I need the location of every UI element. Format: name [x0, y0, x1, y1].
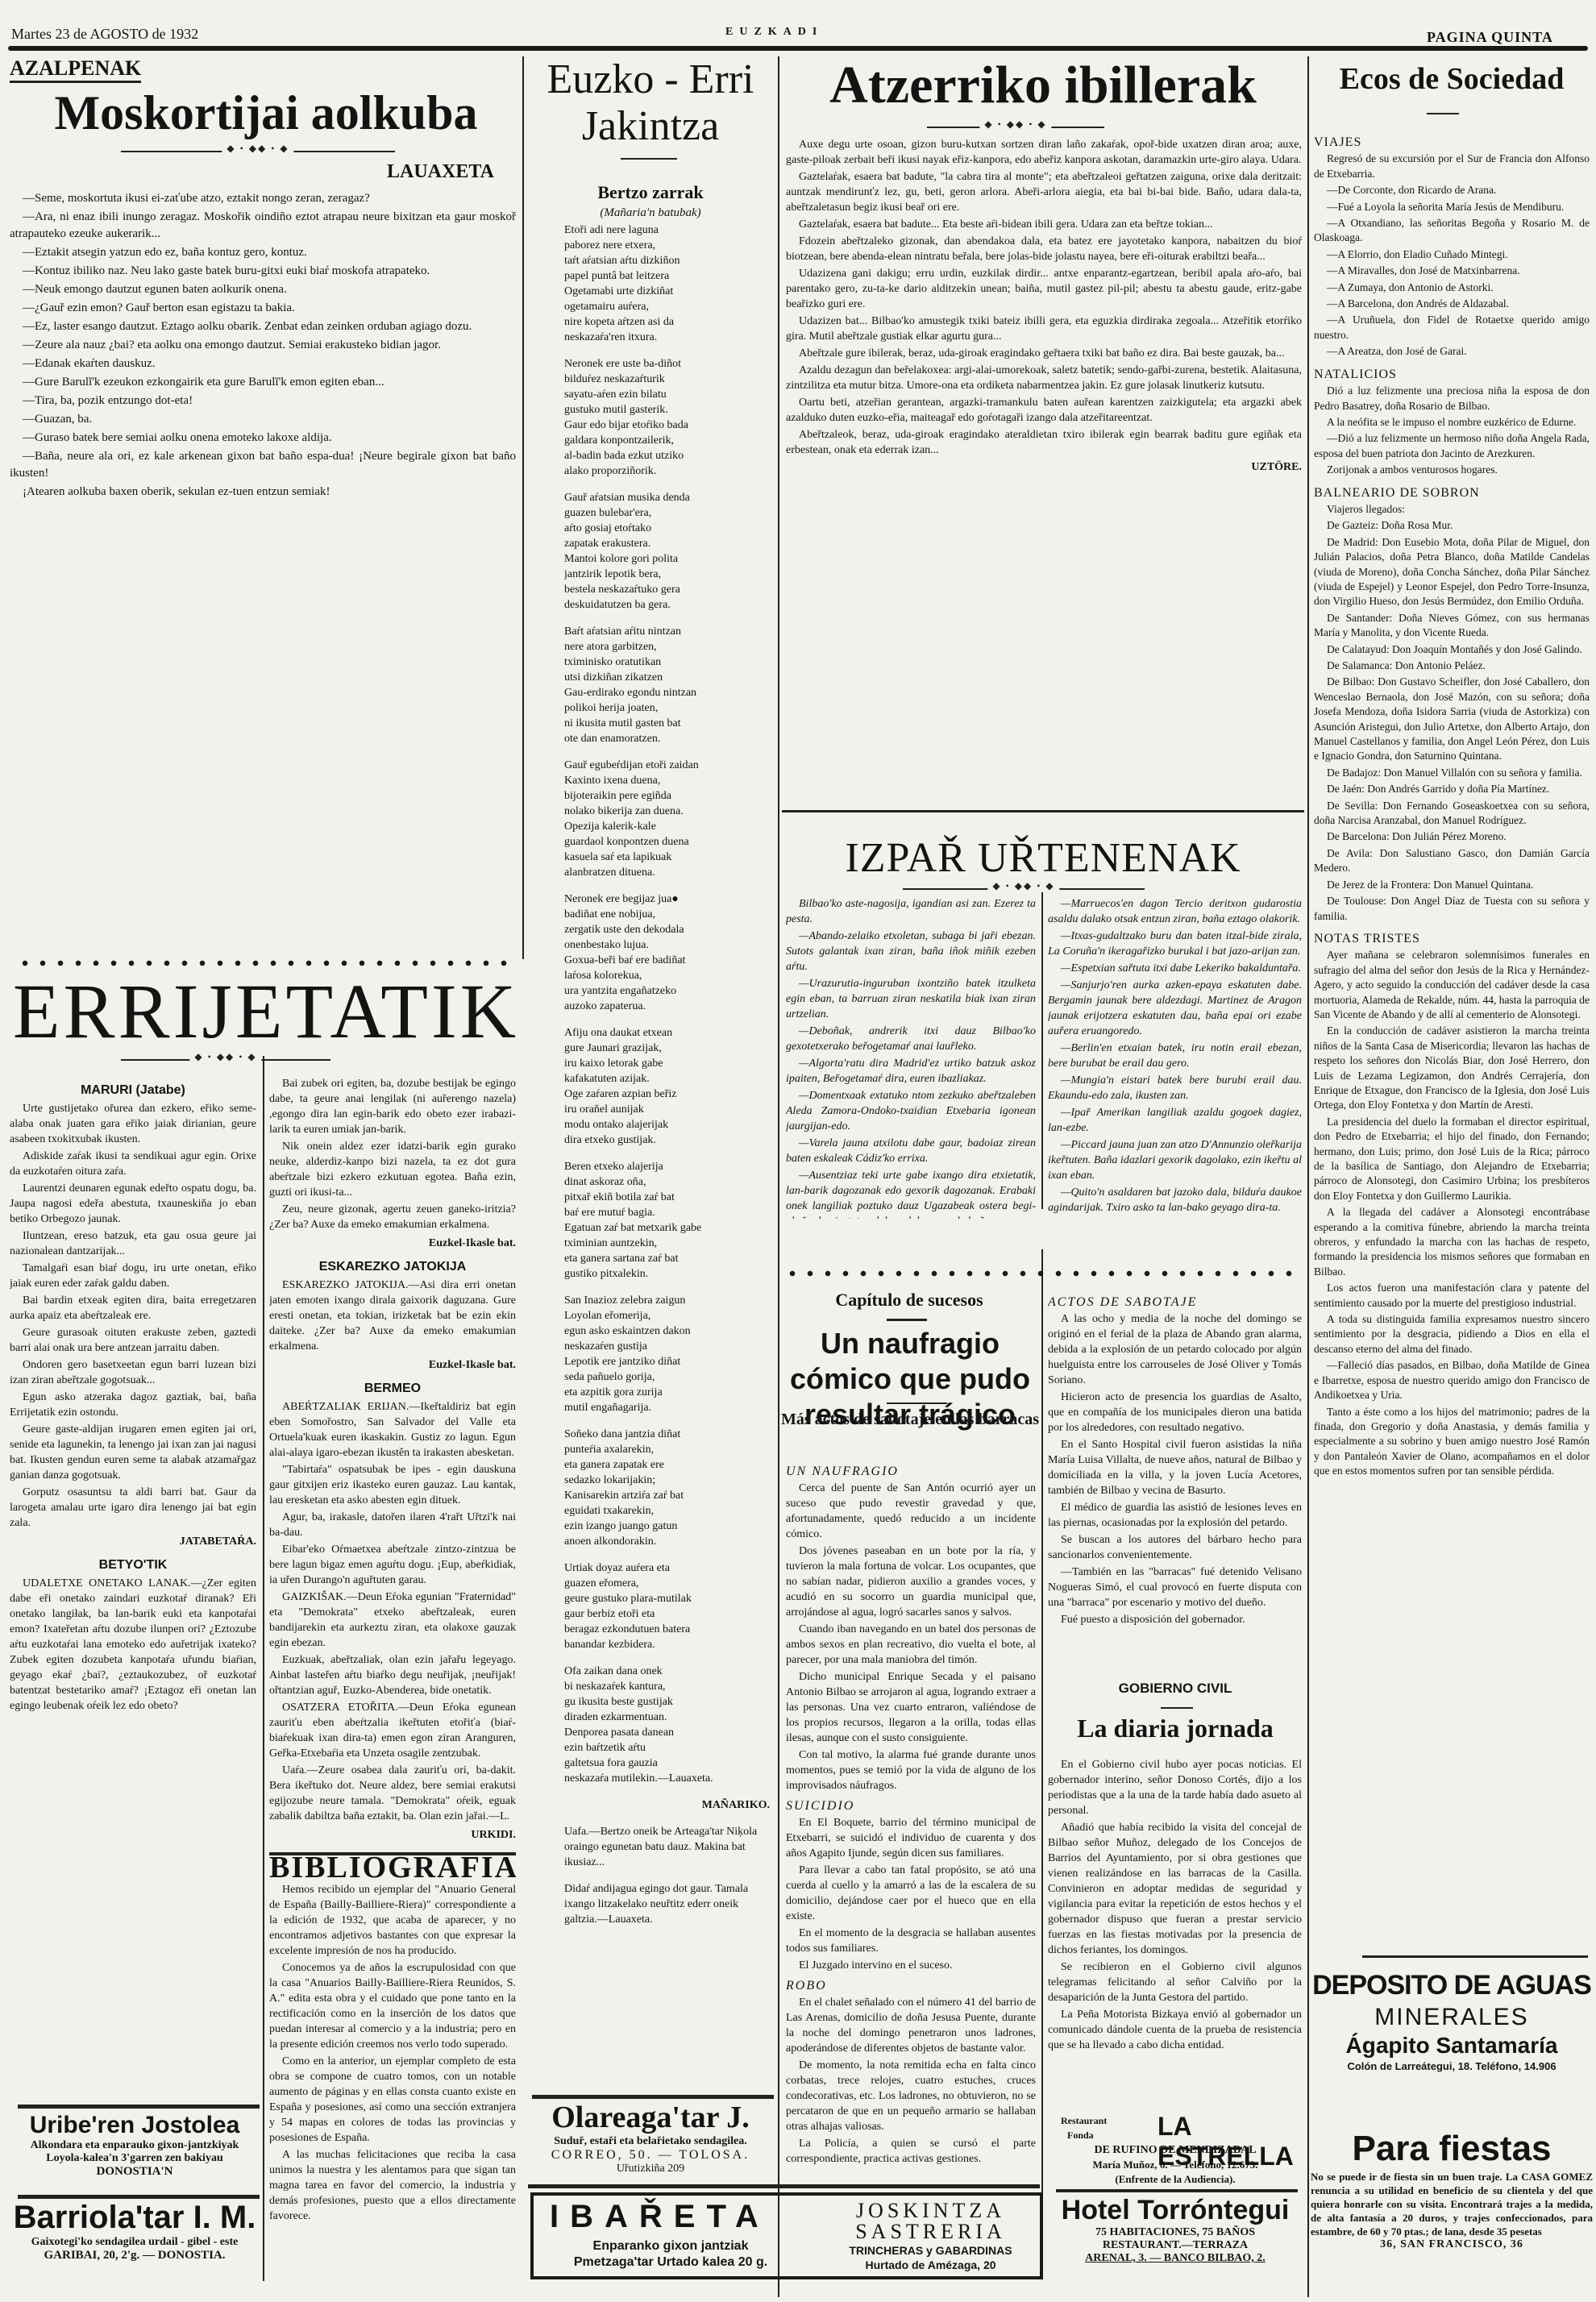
sucesos-deck: Más actos de sabotaje en las barracas	[780, 1411, 1040, 1429]
ibareta-line1: Enparanko gixon jantziak	[534, 2239, 808, 2254]
paragraph: La Policía, a quien se cursó el parte co…	[786, 2136, 1036, 2167]
verse-stanza: Baŕt aŕatsian aŕitu nintzan nere atora g…	[564, 624, 770, 746]
estrella-label2: Fonda	[1067, 2130, 1094, 2142]
paragraph: Para llevar a cabo tan fatal propósito, …	[786, 1863, 1036, 1924]
paragraph: Euzkuak, abeřtzaliak, olan ezin jařařu l…	[269, 1652, 516, 1698]
verse-stanza: Didaŕ andijagua egingo dot gaur. Tamala …	[564, 1881, 770, 1927]
article-title: Moskortijai aolkuba	[16, 87, 516, 139]
paragraph: En el chalet señalado con el número 41 d…	[786, 1995, 1036, 2056]
hotel-line2: RESTAURANT.—TERRAZA	[1045, 2239, 1306, 2252]
ecos-item: Zorijonak a ambos venturosos hogares.	[1314, 463, 1590, 477]
ecos-item: De Jaén: Don Andrés Garrido y doña Pía M…	[1314, 782, 1590, 796]
ecos-item: Viajeros llegados:	[1314, 502, 1590, 517]
paragraph: En el Gobierno civil hubo ayer pocas not…	[1048, 1757, 1302, 1818]
ecos-item: Regresó de su excursión por el Sur de Fr…	[1314, 152, 1590, 181]
errijetatik-col1: MARURI (Jatabe)Urte gustijetako ořurea d…	[10, 1076, 256, 2067]
news-item: —Sanjurjo'ren aurka azken-epaya eskatute…	[1048, 978, 1302, 1039]
masthead-date: Martes 23 de AGOSTO de 1932	[11, 26, 198, 43]
estrella-label1: Restaurant	[1061, 2115, 1107, 2127]
section-rule	[782, 810, 1304, 812]
olareaga-line1: Suduř, estaři eta belařietako sendagilea…	[526, 2135, 775, 2148]
ecos-section-heading: BALNEARIO DE SOBRON	[1314, 486, 1590, 501]
errijetatik-title: ERRIJETATIK	[8, 967, 524, 1056]
verse-stanza: Gauř aŕatsian musika denda guazen buleba…	[564, 490, 770, 613]
ecos-body: VIAJESRegresó de su excursión por el Sur…	[1314, 127, 1590, 1913]
uribe-line3: DONOSTIA'N	[10, 2165, 260, 2179]
verse-stanza: Etoři adi nere laguna paborez nere etxer…	[564, 222, 770, 345]
ecos-section-heading: NOTAS TRISTES	[1314, 932, 1590, 946]
ecos-section-heading: NATALICIOS	[1314, 368, 1590, 382]
ecos-item: De Gazteiz: Doña Rosa Mur.	[1314, 518, 1590, 533]
ecos-section-heading: VIAJES	[1314, 135, 1590, 150]
ad-rule	[18, 2105, 260, 2109]
paragraph: Geure gaste-aldijan irugaren emen egiten…	[10, 1422, 256, 1483]
paragraph: Tamalgaŕi esan biaŕ dogu, iru urte oneta…	[10, 1261, 256, 1291]
estrella-line3: (Enfrente de la Audiencia).	[1045, 2173, 1306, 2186]
news-item: —Urazurutia-inguruban ixontziño batek it…	[786, 976, 1036, 1022]
paragraph: —Edanak ekaŕten dauskuz.	[10, 355, 516, 372]
verse-stanza: Gauř egubeŕdijan etoři zaidan Kaxinto ix…	[564, 758, 770, 880]
euzko-verses: Etoři adi nere laguna paborez nere etxer…	[564, 222, 770, 2028]
paragraph: Conocemos ya de años la escrupulosidad c…	[269, 1960, 516, 2052]
barriola-line1: Gaixotegi'ko sendagilea urdail - gibel -…	[10, 2236, 260, 2249]
deposito-line1: DEPOSITO DE AGUAS	[1311, 1967, 1593, 2004]
euzko-byline: (Mañaria'n batubak)	[526, 206, 775, 220]
paragraph: Iluntzean, ereso batzuk, eta gau osua ge…	[10, 1228, 256, 1259]
ecos-item: De Toulouse: Don Angel Díaz de Tuesta co…	[1314, 894, 1590, 924]
joskintza-line2: Hurtado de Amézaga, 20	[824, 2258, 1037, 2271]
ad-rule	[1056, 2189, 1298, 2192]
subsection-heading: BETYO'TIK	[10, 1557, 256, 1573]
verse-stanza: Afiju ona daukat etxean gure Jaunari gra…	[564, 1025, 770, 1148]
dotted-divider	[16, 959, 516, 967]
paragraph: Nik onein aldez ezer idatzi-barik egin g…	[269, 1139, 516, 1200]
atzerriko-body: Auxe degu urte osoan, gizon buru-kutxan …	[786, 137, 1302, 806]
subsection-heading: ESKAREZKO JATOKIJA	[269, 1259, 516, 1274]
news-item: Bilbao'ko aste-nagosija, igandian asi za…	[786, 896, 1036, 927]
barriola-line2: GARIBAI, 20, 2'g. — DONOSTIA.	[10, 2249, 260, 2263]
errijetatik-col2: Bai zubek ori egiten, ba, dozube bestija…	[269, 1076, 516, 2261]
paragraph: GAIZKIŠAK.—Deun Eŕoka egunian "Fraternid…	[269, 1589, 516, 1651]
fiestas-body: No se puede ir de fiesta sin un buen tra…	[1311, 2170, 1593, 2238]
paragraph: Adiskide zaŕak ikusi ta sendikuai agur e…	[10, 1149, 256, 1179]
paragraph: —También en las "barracas" fué detenido …	[1048, 1564, 1302, 1610]
gobierno-body: En el Gobierno civil hubo ayer pocas not…	[1048, 1757, 1302, 2080]
col-divider	[522, 56, 524, 959]
col-divider	[778, 56, 779, 2297]
news-item: —Ipař Amerikan langiliak azaldu gogoek d…	[1048, 1105, 1302, 1136]
verse-stanza: Uafa.—Bertzo oneik be Arteaga'tar Niķola…	[564, 1824, 770, 1870]
ecos-item: De Badajoz: Don Manuel Villalón con su s…	[1314, 766, 1590, 780]
subsection-heading: ROBO	[786, 1978, 1036, 1993]
paragraph: Como en la anterior, un ejemplar complet…	[269, 2054, 516, 2146]
paragraph: Fdozein abeřtzaleko gizonak, dan abendak…	[786, 234, 1302, 264]
ad-rule	[1362, 1955, 1588, 1958]
ecos-item: De Santander: Doña Nieves Gómez, con sus…	[1314, 611, 1590, 641]
paragraph: El Juzgado intervino en el suceso.	[786, 1958, 1036, 1973]
article-signature: UZTÖRE.	[786, 459, 1302, 475]
joskintza-line1: TRINCHERAS y GABARDINAS	[824, 2244, 1037, 2257]
paragraph: —Gure Barulĭ'k ezeukon ezkongairik eta g…	[10, 374, 516, 391]
paragraph: Laurentzi deunaren egunak edeřto ospatu …	[10, 1181, 256, 1227]
verse-stanza: Neronek ere uste ba-diñot bilduŕez neska…	[564, 356, 770, 479]
article-signature: Euzkel-Ikasle bat.	[269, 1236, 516, 1251]
ecos-item: De Bilbao: Don Gustavo Scheifler, don Jo…	[1314, 675, 1590, 763]
paragraph: A las ocho y media de la noche del domin…	[1048, 1311, 1302, 1388]
section-label: AZALPENAK	[10, 56, 141, 83]
barriola-name: Barriola'tar I. M.	[10, 2199, 260, 2236]
paragraph: Cuando iban navegando en un batel dos pe…	[786, 1622, 1036, 1668]
ecos-item: —De Corconte, don Ricardo de Arana.	[1314, 183, 1590, 197]
ecos-item: De Sevilla: Don Fernando Goseaskoetxea c…	[1314, 799, 1590, 829]
ecos-item: De Calatayud: Don Joaquín Montañés y don…	[1314, 642, 1590, 657]
subsection-heading: BERMEO	[269, 1381, 516, 1396]
ecos-item: De Avila: Don Salustiano Gasco, don Dami…	[1314, 846, 1590, 876]
news-item: —Algorta'ratu dira Madrid'ez urtiko batz…	[786, 1056, 1036, 1087]
masthead-page: PAGINA QUINTA	[1427, 29, 1553, 46]
paragraph: —Guazan, ba.	[10, 411, 516, 428]
masthead-paper: EUZKADI	[725, 26, 823, 39]
ecos-item: Tanto a éste como a los hijos del matrim…	[1314, 1405, 1590, 1479]
paragraph: Cerca del puente de San Antón ocurrió ay…	[786, 1481, 1036, 1542]
ecos-item: —A Barcelona, don Andrés de Aldazabal.	[1314, 297, 1590, 311]
atzerriko-title: Atzerriko ibillerak	[780, 60, 1306, 111]
paragraph: Udazizena gani dakigu; erru urdin, euzki…	[786, 266, 1302, 312]
news-item: —Itxas-gudaltzako buru dan baten itzal-b…	[1048, 929, 1302, 959]
short-rule	[621, 158, 677, 160]
hotel-name: Hotel Torróntegui	[1045, 2194, 1306, 2226]
ecos-item: De Jerez de la Frontera: Don Manuel Quin…	[1314, 878, 1590, 892]
ecos-title: Ecos de Sociedad	[1311, 61, 1593, 97]
ad-rule	[532, 2095, 774, 2099]
ecos-item: —Fué a Loyola la señorita María Jesús de…	[1314, 200, 1590, 214]
ecos-item: Ayer mañana se celebraron solemnísimos f…	[1314, 948, 1590, 1022]
paragraph: OSATZERA ETOŘITA.—Deun Eŕoka egunean zau…	[269, 1700, 516, 1761]
deposito-line3: Ágapito Santamaría	[1311, 2031, 1593, 2060]
paragraph: Ondoren gero basetxeetan egun barri luze…	[10, 1357, 256, 1388]
paragraph: Egun asko atzeraka dagoz gaztiak, bai, b…	[10, 1390, 256, 1420]
col-divider	[263, 1056, 264, 2281]
verse-stanza: Soňeko dana jantzia diñat punteŕia axala…	[564, 1427, 770, 1549]
olareaga-name: Olareaga'tar J.	[526, 2100, 775, 2135]
verse-stanza: MAÑARIKO.	[564, 1797, 770, 1813]
ornament-divider	[927, 125, 1104, 130]
ecos-item: En la conducción de cadáver asistieron l…	[1314, 1024, 1590, 1112]
paragraph: Oartu beti, atzeřian gerantean, argazki-…	[786, 395, 1302, 426]
paragraph: Udazizen bat... Bilbao'ko amustegik txik…	[786, 314, 1302, 344]
subsection-heading: SUICIDIO	[786, 1798, 1036, 1814]
short-rule	[1161, 1707, 1193, 1709]
ecos-item: —A Uruñuela, don Fidel de Rotaetxe queri…	[1314, 313, 1590, 343]
col-divider	[1041, 1249, 1043, 2241]
paragraph: —Kontuz ibiliko naz. Neu lako gaste bate…	[10, 263, 516, 280]
paragraph: Azaldu dezagun dan beřelakoxea: argi-ala…	[786, 363, 1302, 393]
sucesos-col2: ACTOS DE SABOTAJEA las ocho y media de l…	[1048, 1290, 1302, 1644]
paragraph: En El Boquete, barrio del término munici…	[786, 1815, 1036, 1861]
gobierno-kicker: GOBIERNO CIVIL	[1045, 1681, 1306, 1697]
hotel-line1: 75 HABITACIONES, 75 BAÑOS	[1045, 2226, 1306, 2239]
deposito-line2: MINERALES	[1311, 2004, 1593, 2031]
article-signature: JATABETAŔA.	[10, 1534, 256, 1549]
uribe-line1: Alkondara eta enparauko gixon-jantzkiyak	[10, 2139, 260, 2152]
news-item: —Marruecos'en dagon Tercio deritxon guda…	[1048, 896, 1302, 927]
masthead-rule	[8, 46, 1588, 51]
uribe-ad: Uribe'ren Jostolea Alkondara eta enparau…	[10, 2112, 260, 2179]
ecos-item: A toda su distinguida familia expresamos…	[1314, 1312, 1590, 1357]
paragraph: —Eztakit atsegin yatzun edo ez, baña kon…	[10, 244, 516, 261]
ecos-item: —A Zumaya, don Antonio de Astorki.	[1314, 280, 1590, 295]
euzko-title: Euzko - Erri Jakintza	[526, 56, 775, 150]
article-author: LAUAXETA	[387, 161, 494, 183]
olareaga-line2: CORREO, 50. — TOLOSA.	[526, 2148, 775, 2163]
euzko-subtitle: Bertzo zarrak	[526, 182, 775, 203]
paragraph: Gaztelaŕak, esaera bat badute... Eta bes…	[786, 217, 1302, 232]
paragraph: ABEŔTZALIAK ERIJAN.—Ikeřtaldiriz bat egi…	[269, 1399, 516, 1461]
paragraph: En el Santo Hospital civil fueron asisti…	[1048, 1437, 1302, 1498]
ecos-item: Dió a luz felizmente una preciosa niña l…	[1314, 384, 1590, 413]
ecos-item: Los actos fueron una manifestación clara…	[1314, 1281, 1590, 1311]
gobierno-headline: La diaria jornada	[1045, 1714, 1306, 1743]
subsection-heading: MARURI (Jatabe)	[10, 1082, 256, 1098]
article-signature: URKIDI.	[269, 1827, 516, 1843]
uribe-line2: Loyola-kalea'n 3'garren zen bakiyau	[10, 2152, 260, 2165]
news-item: —Mungia'n eistari batek bere burubi erai…	[1048, 1073, 1302, 1103]
news-item: —Ausentziaz teki urte gabe ixango dira e…	[786, 1168, 1036, 1219]
verse-stanza: Neronek ere begijaz jua● badiñat ene nob…	[564, 891, 770, 1014]
short-rule	[887, 1402, 947, 1404]
verse-stanza: San Inazioz zelebra zaigun Loyolan eřome…	[564, 1293, 770, 1415]
ecos-item: A la llegada del cadáver a Alonsotegi en…	[1314, 1205, 1590, 1279]
ornament-divider	[903, 887, 1145, 891]
verse-stanza: Urtiak doyaz auŕera eta guazen eřomera, …	[564, 1560, 770, 1652]
paragraph: Eibar'eko Oŕmaetxea abeŕtzale zintzo-zin…	[269, 1542, 516, 1588]
paragraph: Con tal motivo, la alarma fué grande dur…	[786, 1747, 1036, 1793]
ornament-divider	[121, 1058, 330, 1062]
short-rule	[887, 1319, 927, 1321]
verse-stanza: Ofa zaikan dana onek bi neskazaŕek kantu…	[564, 1664, 770, 1786]
paragraph: Gorputz osasuntsu ta aldi barri bat. Gau…	[10, 1485, 256, 1531]
ibareta-name: IBAŘETA	[550, 2199, 770, 2235]
paragraph: Zeu, neure gizonak, agertu zeuen ganeko-…	[269, 1202, 516, 1232]
paragraph: —Seme, moskortuta ikusi ei-zaťube atzo, …	[10, 190, 516, 207]
news-item: —Abando-zelaiko etxoletan, subaga bi jař…	[786, 929, 1036, 974]
paragraph: De momento, la nota remitida echa en fal…	[786, 2058, 1036, 2134]
news-item: —Quito'n asaldaren bat jazoko dala, bild…	[1048, 1185, 1302, 1215]
paragraph: ESKAREZKO JATOKIJA.—Asi dira erri onetan…	[269, 1278, 516, 1354]
paragraph: —Ara, ni enaz ibili inungo zeragaz. Mosk…	[10, 209, 516, 243]
ornament-divider	[121, 149, 395, 154]
news-item: —Varela jauna atxilotu dabe gaur, badoia…	[786, 1136, 1036, 1166]
article-signature: Euzkel-Ikasle bat.	[269, 1357, 516, 1373]
paragraph: Añadió que había recibido la visita del …	[1048, 1820, 1302, 1958]
news-item: —Deboñak, andrerik itxi dauz Bilbao'ko g…	[786, 1024, 1036, 1054]
ecos-item: La presidencia del duelo la formaban el …	[1314, 1115, 1590, 1203]
paragraph: Hemos recibido un ejemplar del "Anuario …	[269, 1882, 516, 1959]
paragraph: El médico de guardia las asistió de lesi…	[1048, 1500, 1302, 1531]
news-item: —Piccard jauna juan zan atzo D'Annunzio …	[1048, 1137, 1302, 1183]
paragraph: Uaŕa.—Zeure osabea dala zauriťu ori, ba-…	[269, 1763, 516, 1824]
barriola-ad: Barriola'tar I. M. Gaixotegi'ko sendagil…	[10, 2199, 260, 2263]
ecos-item: A la neófita se le impuso el nombre euzk…	[1314, 415, 1590, 430]
paragraph: Gaztelaŕak, esaera bat badute, "la cabra…	[786, 169, 1302, 215]
sucesos-kicker: Capítulo de sucesos	[780, 1290, 1038, 1311]
fiestas-address: 36, SAN FRANCISCO, 36	[1311, 2238, 1593, 2251]
ecos-item: De Salamanca: Don Antonio Peláez.	[1314, 659, 1590, 673]
ecos-item: —A Elorrio, don Eladio Cuñado Mintegi.	[1314, 247, 1590, 262]
paragraph: Bai bardin etxeak egiten dira, baita err…	[10, 1293, 256, 1323]
news-item: —Espetxian sařtuta itxi dabe Lekeriko ba…	[1048, 961, 1302, 976]
estrella-line1: DE RUFINO DE MENDIZABAL	[1045, 2144, 1306, 2157]
uribe-name: Uribe'ren Jostolea	[10, 2112, 260, 2139]
paragraph: Auxe degu urte osoan, gizon buru-kutxan …	[786, 137, 1302, 168]
subsection-heading: ACTOS DE SABOTAJE	[1048, 1294, 1302, 1310]
paragraph: Se buscan a los autores del bárbaro hech…	[1048, 1532, 1302, 1563]
paragraph: A las muchas felicitaciones que reciba l…	[269, 2147, 516, 2224]
ecos-item: —A Areatza, don José de Garai.	[1314, 344, 1590, 359]
deposito-ad: DEPOSITO DE AGUAS MINERALES Ágapito Sant…	[1311, 1967, 1593, 2072]
ecos-item: —Dió a luz felizmente un hermoso niño do…	[1314, 431, 1590, 461]
izpar-left: Bilbao'ko aste-nagosija, igandian asi za…	[786, 896, 1036, 1219]
paragraph: En el momento de la desgracia se hallaba…	[786, 1926, 1036, 1956]
paragraph: Agur, ba, irakasle, datořen ilaren 4'rař…	[269, 1510, 516, 1540]
paragraph: Dicho municipal Enrique Secada y el pais…	[786, 1669, 1036, 1746]
paragraph: ¡Atearen aolkuba baxen oberik, sekulan e…	[10, 484, 516, 501]
paragraph: UDALETXE ONETAKO LANAK.—¿Zer egiten dabe…	[10, 1576, 256, 1714]
paragraph: Fué puesto a disposición del gobernador.	[1048, 1612, 1302, 1627]
paragraph: —¿Gauř ezin emon? Gauř berton esan egist…	[10, 300, 516, 317]
hotel-line3: ARENAL, 3. — BANCO BILBAO, 2.	[1045, 2252, 1306, 2265]
col-divider	[1041, 887, 1043, 1209]
ecos-item: —Falleció días pasados, en Bilbao, doña …	[1314, 1358, 1590, 1402]
col-divider	[1307, 56, 1309, 2297]
paragraph: Hicieron acto de presencia los guardias …	[1048, 1390, 1302, 1436]
ibareta-ad: IBAŘETA Enparanko gixon jantziak Pmetzag…	[530, 2192, 1043, 2279]
ecos-item: De Madrid: Don Eusebio Mota, doña Pilar …	[1314, 535, 1590, 609]
olareaga-line3: Uřutizkiña 209	[526, 2163, 775, 2175]
paragraph: Abeřtzaleok, beraz, uda-giroak eragindak…	[786, 427, 1302, 458]
fiestas-ad: Para fiestas No se puede ir de fiesta si…	[1311, 2128, 1593, 2251]
ibareta-line2: Pmetzaga'tar Urtado kalea 20 g.	[534, 2255, 808, 2270]
subsection-heading: UN NAUFRAGIO	[786, 1464, 1036, 1479]
paragraph: Urte gustijetako ořurea dan ezkero, eřik…	[10, 1101, 256, 1147]
paragraph: —Ez, laster esango dautzut. Eztago aolku…	[10, 318, 516, 335]
ad-rule	[528, 2184, 1040, 2188]
estrella-line2: María Muñoz, 6. — Teléfono, 12.673.	[1045, 2159, 1306, 2171]
paragraph: "Tabirtaŕa" ospatsubak be ipes - egin da…	[269, 1462, 516, 1508]
olareaga-ad: Olareaga'tar J. Suduř, estaři eta belaři…	[526, 2100, 775, 2175]
paragraph: Se recibieron en el Gobierno civil algun…	[1048, 1959, 1302, 2005]
fiestas-title: Para fiestas	[1311, 2128, 1593, 2170]
paragraph: Dos jóvenes paseaban en un bote por la r…	[786, 1544, 1036, 1620]
paragraph: —Neuk emongo dautzut egunen baten aolkur…	[10, 281, 516, 298]
verse-stanza: Beren etxeko alajerija dinat askoraz oña…	[564, 1159, 770, 1282]
news-item: —Domentxaak extatuko ntom zezkuko abeřtz…	[786, 1088, 1036, 1134]
paragraph: Bai zubek ori egiten, ba, dozube bestija…	[269, 1076, 516, 1137]
izpar-right: —Marruecos'en dagon Tercio deritxon guda…	[1048, 896, 1302, 1219]
ecos-item: —A Otxandiano, las señoritas Begoña y Ro…	[1314, 216, 1590, 246]
bibliografia-title: BIBLIOGRAFIA	[269, 1852, 516, 1876]
paragraph: La Peña Motorista Bizkaya envió al gober…	[1048, 2007, 1302, 2053]
paragraph: —Baña, neure ala ori, ez kale arkenean g…	[10, 448, 516, 482]
deposito-line4: Colón de Larreátegui, 18. Teléfono, 14.9…	[1311, 2060, 1593, 2072]
news-item: —Berlin'en etxaian batek, iru notin erai…	[1048, 1041, 1302, 1071]
short-rule	[1427, 113, 1459, 114]
izpar-title: IZPAŘ UŘTENENAK	[780, 834, 1306, 882]
article-body: —Seme, moskortuta ikusi ei-zaťube atzo, …	[10, 190, 516, 916]
hotel-ad: Hotel Torróntegui 75 HABITACIONES, 75 BA…	[1045, 2194, 1306, 2265]
ecos-item: —A Miravalles, don José de Matxinbarrena…	[1314, 264, 1590, 278]
ecos-item: De Barcelona: Don Julián Pérez Moreno.	[1314, 829, 1590, 844]
sucesos-col1: UN NAUFRAGIOCerca del puente de San Antó…	[786, 1459, 1036, 2241]
paragraph: —Tira, ba, pozik entzungo dot-eta!	[10, 393, 516, 409]
paragraph: Geure gurasoak oituten erakuste zeben, g…	[10, 1325, 256, 1356]
paragraph: Abeřtzale gure ibilerak, beraz, uda-giro…	[786, 346, 1302, 361]
paragraph: —Guraso batek bere semiai aolku onena em…	[10, 430, 516, 447]
dotted-divider	[783, 1269, 1303, 1278]
joskintza-name2: SASTRERIA	[824, 2220, 1037, 2244]
paragraph: —Zeure ala nauz ¿bai? eta aolku ona emon…	[10, 337, 516, 354]
